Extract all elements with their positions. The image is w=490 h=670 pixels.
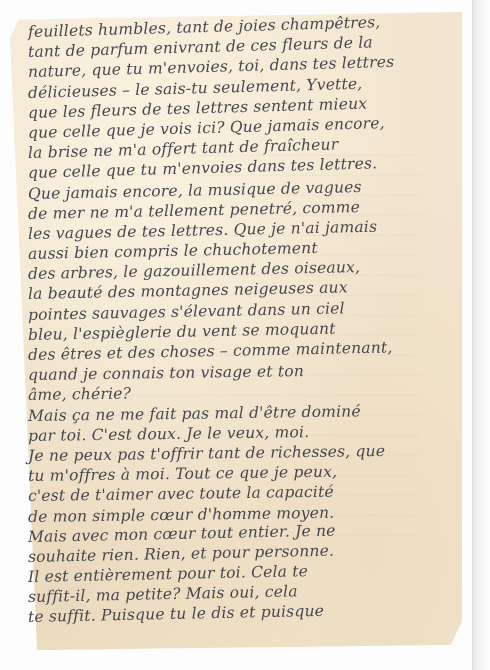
scanned-page: feuillets humbles, tant de joies champêt… xyxy=(0,0,490,670)
scanner-edge-strip xyxy=(472,0,490,670)
letter-text: feuillets humbles, tant de joies champêt… xyxy=(28,22,458,628)
